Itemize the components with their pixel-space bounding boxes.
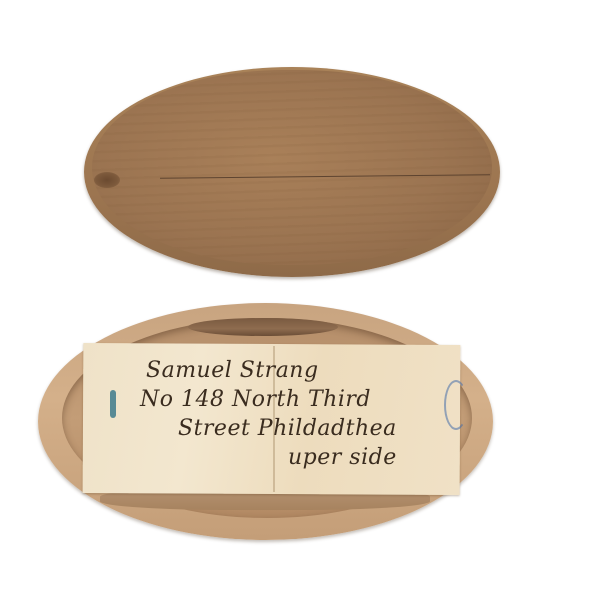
letter-line-note: uper side: [140, 443, 460, 472]
box-lid: [92, 70, 492, 265]
lid-knot: [94, 172, 120, 188]
wood-sliver: [188, 318, 338, 336]
letter-text: Samuel Strang No 148 North Third Street …: [140, 356, 460, 472]
letter-line-name: Samuel Strang: [140, 356, 460, 385]
photograph: Samuel Strang No 148 North Third Street …: [0, 0, 600, 600]
letter-line-address: No 148 North Third: [140, 385, 460, 414]
blue-ink-stain: [110, 390, 116, 418]
letter-line-city: Street Phildadthea: [140, 414, 460, 443]
